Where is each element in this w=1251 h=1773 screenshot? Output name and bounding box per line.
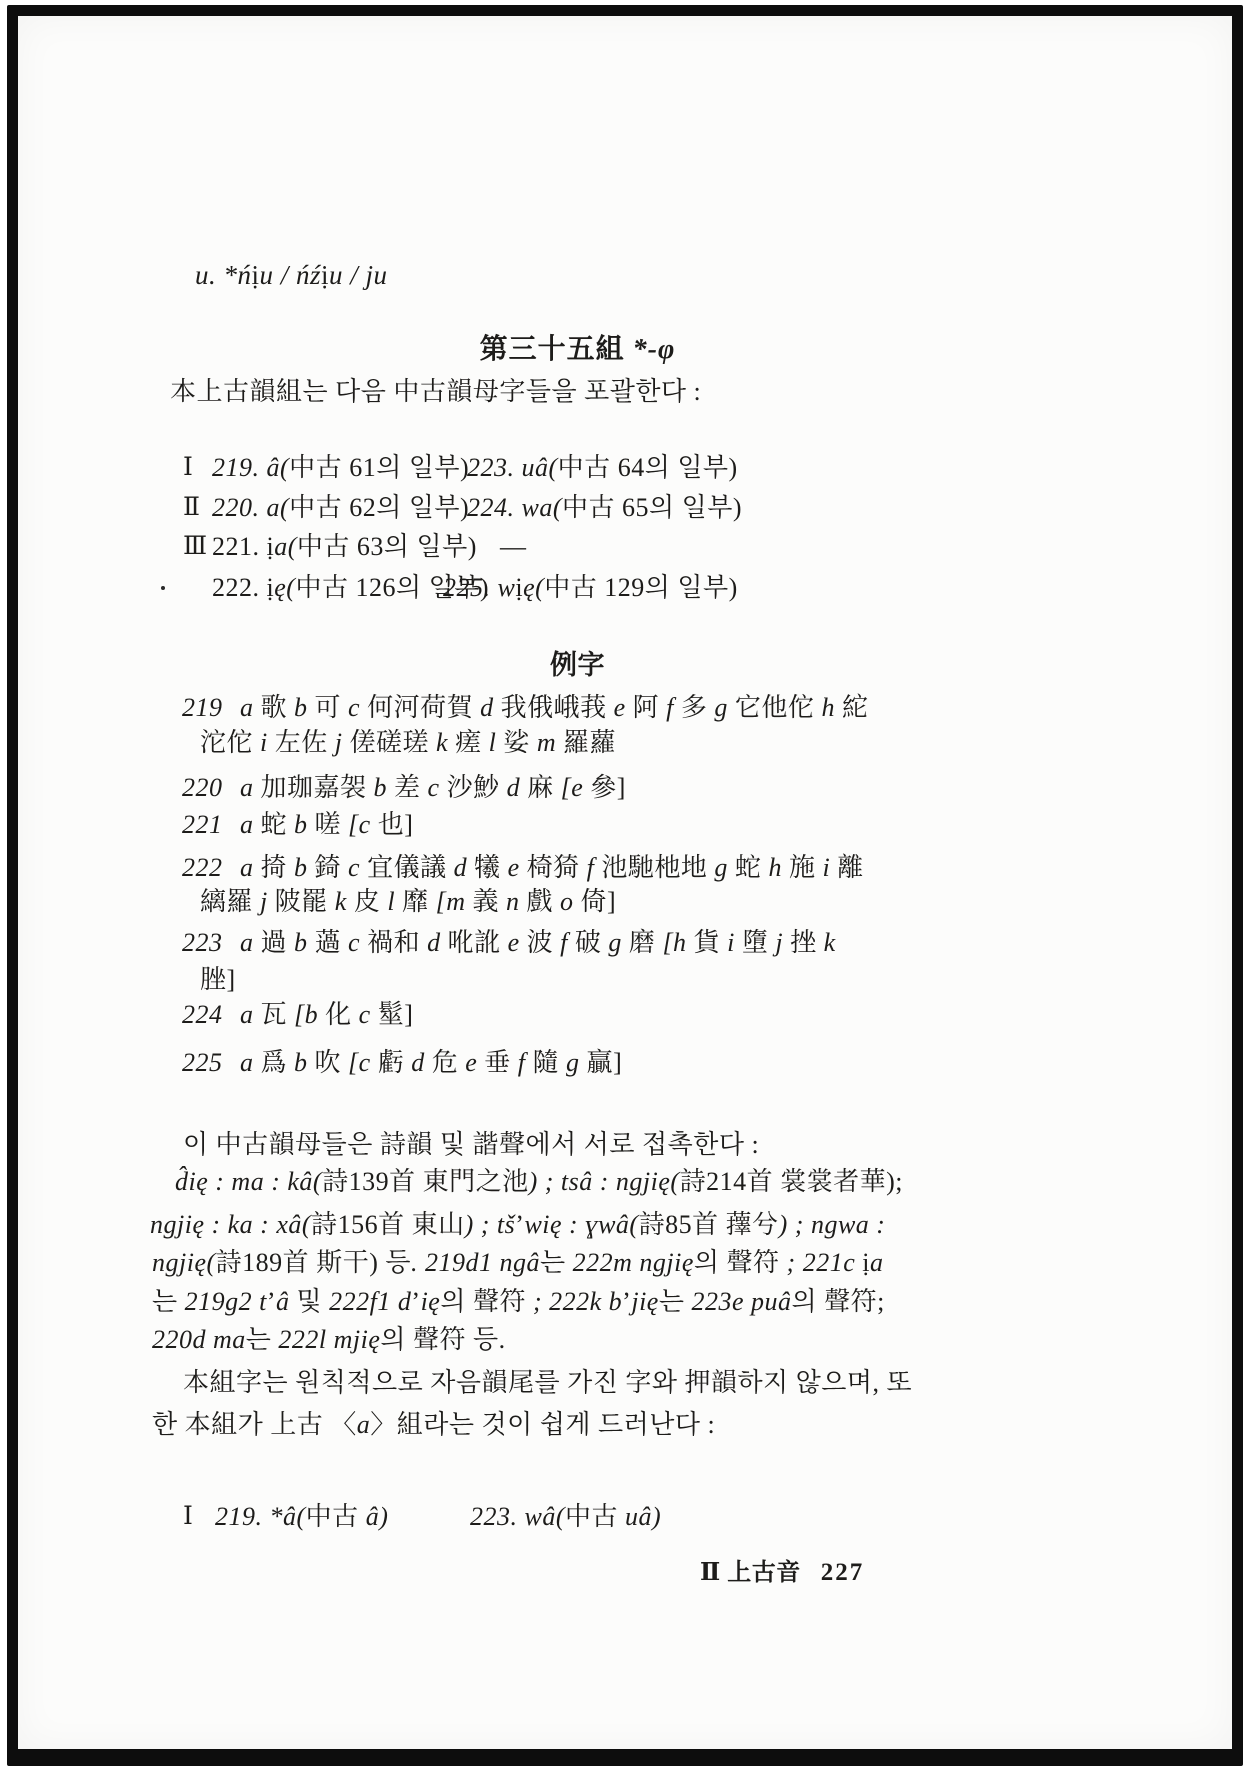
example-text: a 加珈嘉袈 b 差 c 沙魦 d 麻 [e 參]: [240, 773, 626, 802]
pronunciation-line: u. *ńịu / ńźịu / ju: [195, 255, 388, 295]
footer-page-number: 227: [821, 1559, 865, 1586]
example-number: 219: [182, 688, 240, 728]
contact-line: 이 中古韻母들은 詩韻 및 諧聲에서 서로 접촉한다 :: [183, 1125, 759, 1165]
rhyme-left: 221. ịa(中古 63의 일부): [212, 527, 477, 567]
rhyme-right: 224. wa(中古 65의 일부): [467, 488, 742, 528]
rhyming-line: 한 本組가 上古 〈a〉組라는 것이 쉽게 드러난다 :: [152, 1405, 715, 1445]
example-text: a 掎 b 錡 c 宜儀議 d 犧 e 椅猗 f 池馳杝地 g 蛇 h 施 i …: [240, 853, 864, 882]
correspondence-left: 219. *â(中古 â): [215, 1497, 388, 1537]
roman-numeral: Ⅰ: [183, 1497, 209, 1537]
rhyme-right: —: [500, 527, 527, 567]
example-text: 脞]: [200, 965, 236, 994]
rhyming-line: 本組字는 원칙적으로 자음韻尾를 가진 字와 押韻하지 않으며, 또: [183, 1363, 912, 1403]
example-line: 219a 歌 b 可 c 何河荷賀 d 我俄峨莪 e 阿 f 多 g 它他佗 h…: [182, 688, 868, 728]
rhyme-right: 225. wịę(中古 129의 일부): [443, 568, 738, 608]
scan-speck: [161, 586, 165, 590]
contact-line: d̂ię : ma : kâ(詩139首 東門之池) ; tsâ : ngjię…: [175, 1162, 903, 1202]
example-line: 220a 加珈嘉袈 b 差 c 沙魦 d 麻 [e 參]: [182, 768, 626, 808]
example-number: 221: [182, 805, 240, 845]
example-text: 縭羅 j 陂罷 k 皮 l 靡 [m 義 n 戲 o 倚]: [200, 887, 616, 916]
example-text: 沱佗 i 左佐 j 傞磋瑳 k 瘥 l 娑 m 羅蘿: [200, 728, 616, 757]
contact-line: 는 219g2 t’â 및 222f1 d’ię의 聲符 ; 222k b’ji…: [152, 1282, 885, 1322]
contact-line: 220d ma는 222l mjię의 聲符 등.: [152, 1320, 506, 1360]
example-text: a 爲 b 吹 [c 虧 d 危 e 垂 f 隨 g 贏]: [240, 1048, 622, 1077]
example-text: a 蛇 b 嗟 [c 也]: [240, 810, 413, 839]
example-number: 224: [182, 995, 240, 1035]
example-number: 220: [182, 768, 240, 808]
example-line: 225a 爲 b 吹 [c 虧 d 危 e 垂 f 隨 g 贏]: [182, 1043, 622, 1083]
example-line: 224a 瓦 [b 化 c 髽]: [182, 995, 413, 1035]
example-text: a 過 b 薖 c 禍和 d 吪訛 e 波 f 破 g 磨 [h 貨 i 墮 j…: [240, 928, 836, 957]
contact-line: ngjię : ka : xâ(詩156首 東山) ; tš’wię : ɣwâ…: [150, 1205, 885, 1245]
example-line-continuation: 沱佗 i 左佐 j 傞磋瑳 k 瘥 l 娑 m 羅蘿: [200, 723, 616, 763]
roman-numeral: Ⅱ: [183, 488, 209, 528]
example-text: a 歌 b 可 c 何河荷賀 d 我俄峨莪 e 阿 f 多 g 它他佗 h 紽: [240, 693, 868, 722]
example-line-continuation: 脞]: [200, 960, 236, 1000]
example-text: a 瓦 [b 化 c 髽]: [240, 1000, 413, 1029]
page-footer: Ⅱ 上古音227: [700, 1552, 864, 1593]
example-number: 223: [182, 923, 240, 963]
roman-numeral: Ⅲ: [183, 527, 209, 567]
intro-paragraph: 本上古韻組는 다음 中古韻母字들을 포괄한다 :: [170, 372, 701, 412]
rhyme-left: 220. a(中古 62의 일부): [212, 488, 469, 528]
footer-section-label: Ⅱ 上古音: [700, 1560, 801, 1586]
example-line: 223a 過 b 薖 c 禍和 d 吪訛 e 波 f 破 g 磨 [h 貨 i …: [182, 923, 836, 963]
section-heading: 第三十五組 *-φ: [170, 330, 985, 370]
example-line-continuation: 縭羅 j 陂罷 k 皮 l 靡 [m 義 n 戲 o 倚]: [200, 882, 616, 922]
correspondence-right: 223. wâ(中古 uâ): [470, 1497, 661, 1537]
rhyme-left: 219. â(中古 61의 일부): [212, 448, 469, 488]
page: u. *ńịu / ńźịu / ju 第三十五組 *-φ 本上古韻組는 다음 …: [0, 0, 1251, 1773]
examples-heading: 例字: [170, 645, 985, 685]
contact-line: ngjię(詩189首 斯干) 등. 219d1 ngâ는 222m ngjię…: [152, 1243, 883, 1283]
rhyme-right: 223. uâ(中古 64의 일부): [467, 448, 738, 488]
roman-numeral: Ⅰ: [183, 448, 209, 488]
example-line: 221a 蛇 b 嗟 [c 也]: [182, 805, 413, 845]
example-number: 225: [182, 1043, 240, 1083]
